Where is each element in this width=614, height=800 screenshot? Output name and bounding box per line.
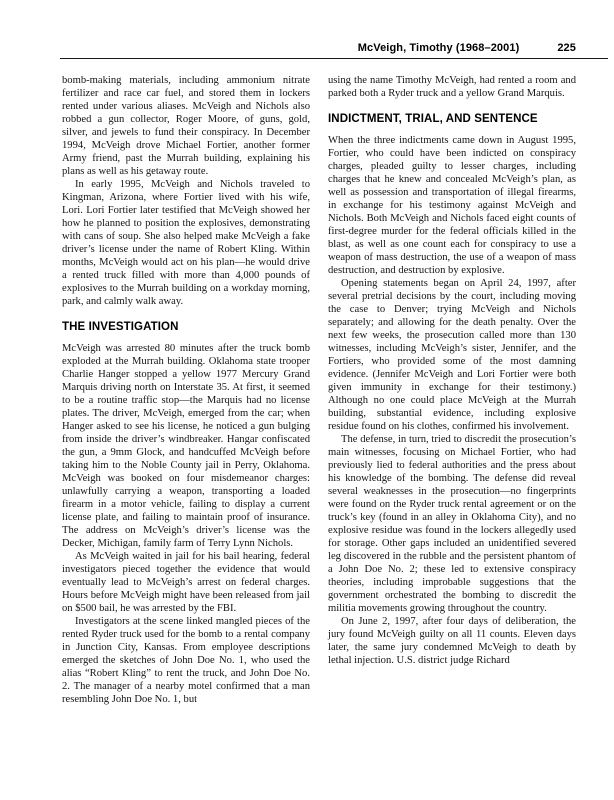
body-paragraph: When the three indictments came down in … — [328, 134, 576, 277]
text-columns: bomb-making materials, including ammoniu… — [62, 74, 576, 706]
section-heading: THE INVESTIGATION — [62, 321, 310, 334]
body-paragraph: In early 1995, McVeigh and Nichols trave… — [62, 178, 310, 308]
page-number: 225 — [557, 42, 576, 54]
body-paragraph: The defense, in turn, tried to discredit… — [328, 433, 576, 615]
running-head-title: McVeigh, Timothy (1968–2001) — [358, 42, 520, 54]
body-paragraph: Investigators at the scene linked mangle… — [62, 615, 310, 706]
header-rule — [60, 58, 608, 59]
body-paragraph: bomb-making materials, including ammoniu… — [62, 74, 310, 178]
left-column: bomb-making materials, including ammoniu… — [62, 74, 310, 706]
section-heading: INDICTMENT, TRIAL, AND SENTENCE — [328, 113, 576, 126]
running-head: McVeigh, Timothy (1968–2001) 225 — [60, 42, 576, 54]
body-paragraph: McVeigh was arrested 80 minutes after th… — [62, 342, 310, 550]
body-paragraph: Opening statements began on April 24, 19… — [328, 277, 576, 433]
book-page: McVeigh, Timothy (1968–2001) 225 bomb-ma… — [0, 0, 614, 800]
body-paragraph: As McVeigh waited in jail for his bail h… — [62, 550, 310, 615]
right-column: using the name Timothy McVeigh, had rent… — [328, 74, 576, 706]
body-paragraph: On June 2, 1997, after four days of deli… — [328, 615, 576, 667]
body-paragraph: using the name Timothy McVeigh, had rent… — [328, 74, 576, 100]
